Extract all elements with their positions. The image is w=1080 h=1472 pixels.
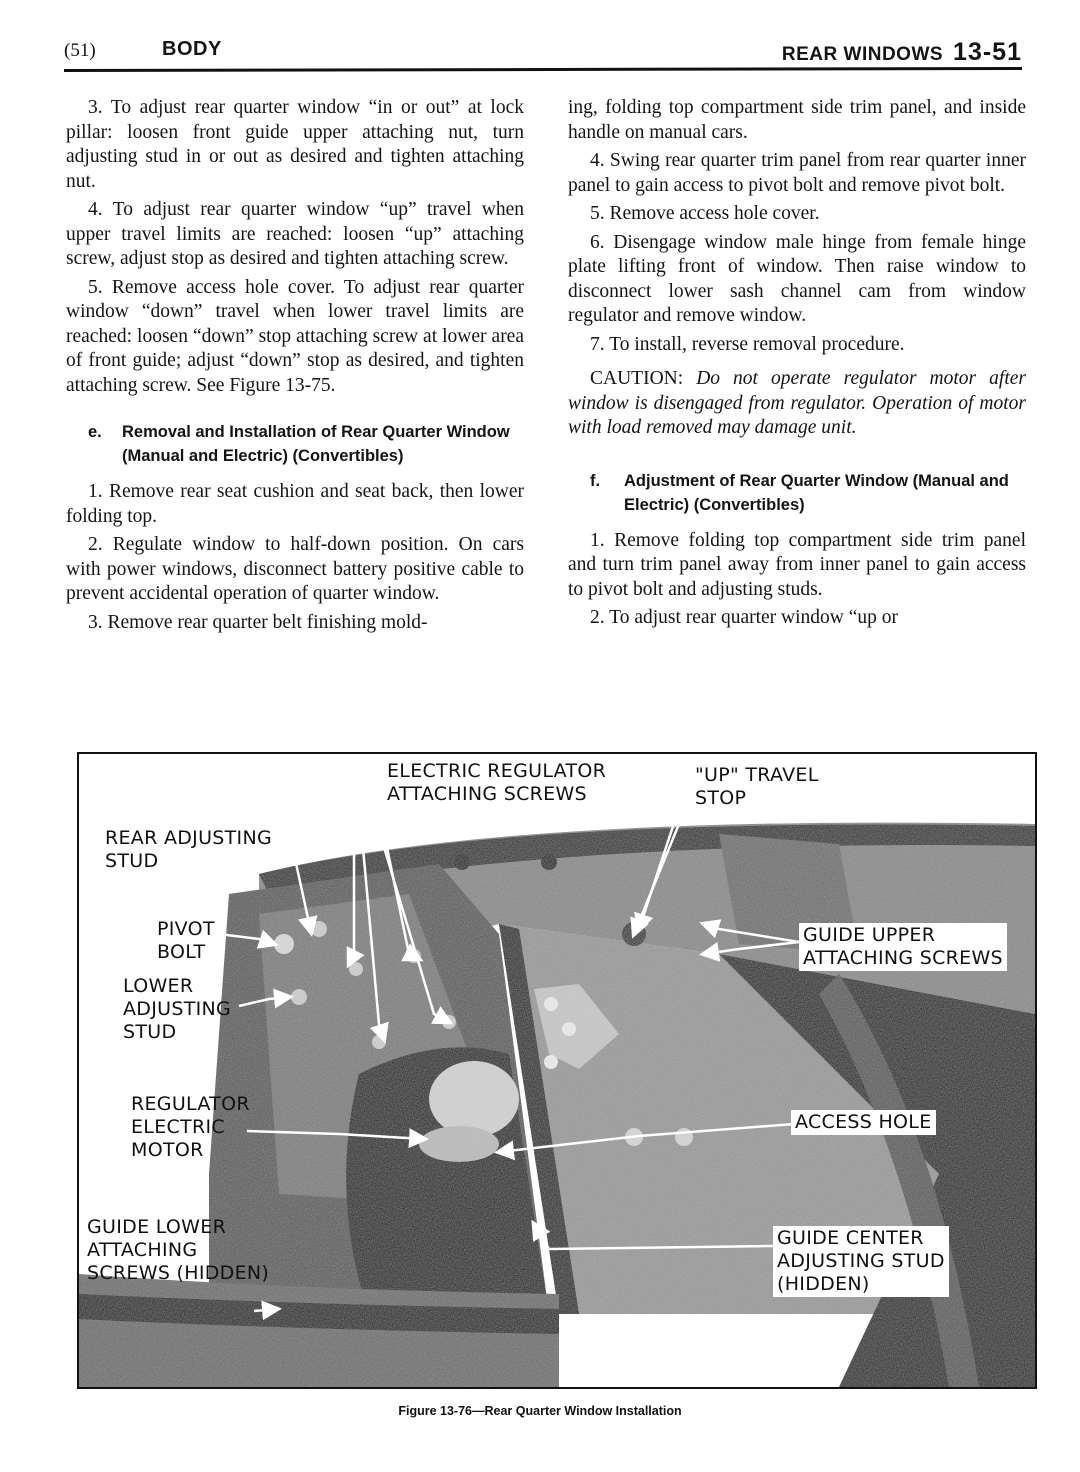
callout-pivot-bolt: PIVOT BOLT <box>157 918 215 964</box>
callout-regulator-electric-motor: REGULATOR ELECTRIC MOTOR <box>131 1093 250 1162</box>
step-paragraph: 3. Remove rear quarter belt finishing mo… <box>66 611 524 636</box>
chapter-heading: REAR WINDOWS13-51 <box>782 38 1022 67</box>
step-paragraph: 5. Remove access hole cover. To adjust r… <box>66 276 524 399</box>
subsection-letter: e. <box>88 420 122 444</box>
callout-rear-adjusting-stud: REAR ADJUSTING STUD <box>105 827 272 873</box>
step-paragraph: 1. Remove folding top compartment side t… <box>568 529 1026 603</box>
chapter-title: REAR WINDOWS <box>782 44 943 65</box>
subsection-title: Removal and Installation of Rear Quarter… <box>122 423 510 465</box>
subsection-title: Adjustment of Rear Quarter Window (Manua… <box>624 472 1009 514</box>
callout-guide-lower-screws: GUIDE LOWER ATTACHING SCREWS (HIDDEN) <box>87 1216 269 1285</box>
callout-guide-center-stud: GUIDE CENTER ADJUSTING STUD (HIDDEN) <box>773 1226 949 1297</box>
step-paragraph: 7. To install, reverse removal procedure… <box>568 333 1026 358</box>
header-rule <box>64 67 1022 72</box>
step-paragraph: 1. Remove rear seat cushion and seat bac… <box>66 480 524 529</box>
section-title: BODY <box>162 38 222 61</box>
step-paragraph: 6. Disengage window male hinge from fema… <box>568 231 1026 329</box>
caution-label: CAUTION: <box>590 368 683 389</box>
subsection-heading-e: e.Removal and Installation of Rear Quart… <box>66 420 524 468</box>
subsection-heading-f: f.Adjustment of Rear Quarter Window (Man… <box>568 469 1026 517</box>
step-paragraph: 2. To adjust rear quarter window “up or <box>568 606 1026 631</box>
figure-caption: Figure 13-76—Rear Quarter Window Install… <box>0 1404 1080 1418</box>
page-header: (51) BODY REAR WINDOWS13-51 <box>64 38 1022 70</box>
callout-guide-upper-screws: GUIDE UPPER ATTACHING SCREWS <box>799 923 1007 971</box>
figure-rear-quarter-window: ELECTRIC REGULATOR ATTACHING SCREWS "UP"… <box>77 752 1037 1389</box>
caution-note: CAUTION: Do not operate regulator motor … <box>568 367 1026 441</box>
manual-page: (51) BODY REAR WINDOWS13-51 3. To adjust… <box>0 0 1080 1472</box>
step-paragraph-continued: ing, folding top compartment side trim p… <box>568 96 1026 145</box>
left-column: 3. To adjust rear quarter window “in or … <box>66 96 524 639</box>
step-paragraph: 2. Regulate window to half-down position… <box>66 533 524 607</box>
callout-electric-regulator-screws: ELECTRIC REGULATOR ATTACHING SCREWS <box>387 760 606 806</box>
page-number: (51) <box>64 40 96 62</box>
page-reference: 13-51 <box>953 38 1022 66</box>
callout-access-hole: ACCESS HOLE <box>791 1110 936 1135</box>
step-paragraph: 5. Remove access hole cover. <box>568 202 1026 227</box>
step-paragraph: 4. Swing rear quarter trim panel from re… <box>568 149 1026 198</box>
right-column: ing, folding top compartment side trim p… <box>568 96 1026 635</box>
step-paragraph: 3. To adjust rear quarter window “in or … <box>66 96 524 194</box>
step-paragraph: 4. To adjust rear quarter window “up” tr… <box>66 198 524 272</box>
callout-lower-adjusting-stud: LOWER ADJUSTING STUD <box>123 975 231 1044</box>
callout-up-travel-stop: "UP" TRAVEL STOP <box>695 764 819 810</box>
subsection-letter: f. <box>590 469 624 493</box>
